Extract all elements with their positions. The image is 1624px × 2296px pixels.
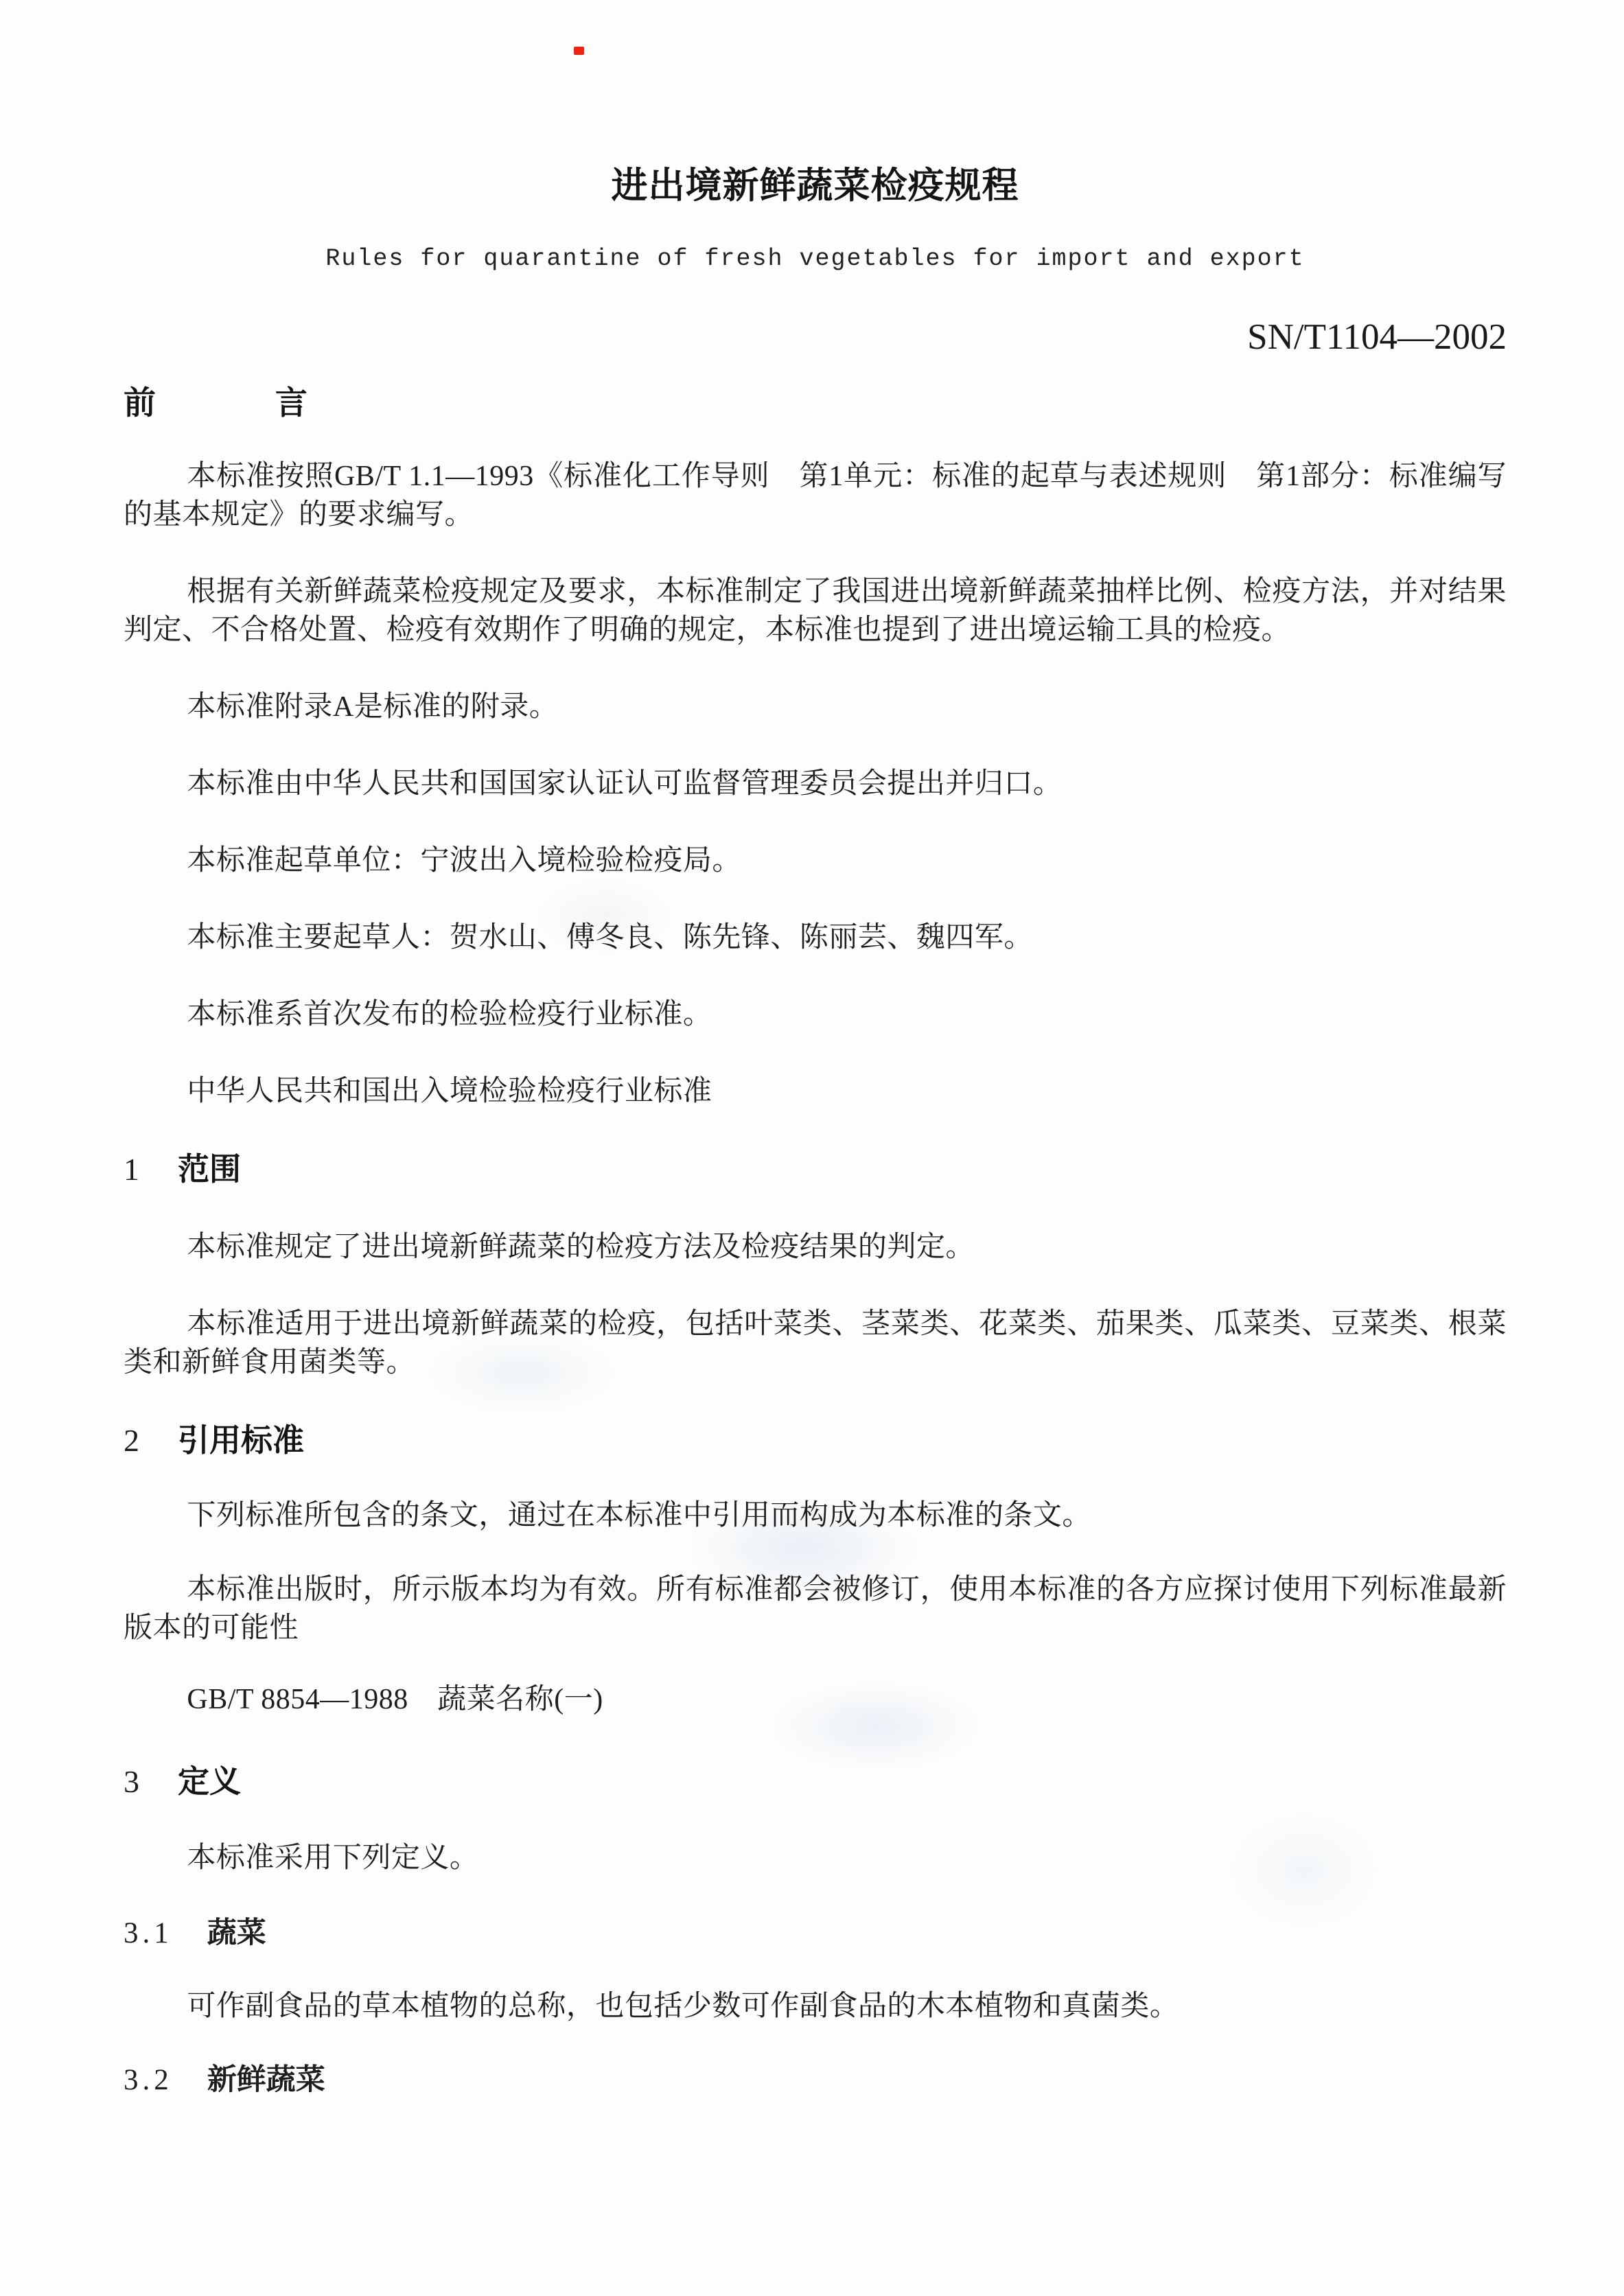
clause-number: 3.1 bbox=[124, 1914, 173, 1953]
document-content: 进出境新鲜蔬菜检疫规程 Rules for quarantine of fres… bbox=[124, 0, 1507, 2100]
section-number: 1 bbox=[124, 1150, 139, 1190]
foreword-paragraph: 本标准起草单位：宁波出入境检验检疫局。 bbox=[124, 842, 1507, 880]
clause-term: 新鲜蔬菜 bbox=[207, 2061, 325, 2100]
body-paragraph: 本标准规定了进出境新鲜蔬菜的检疫方法及检疫结果的判定。 bbox=[124, 1228, 1507, 1266]
clause-term: 蔬菜 bbox=[207, 1914, 266, 1953]
section-heading-definitions: 3 定义 bbox=[124, 1761, 1507, 1802]
foreword-paragraph: 根据有关新鲜蔬菜检疫规定及要求，本标准制定了我国进出境新鲜蔬菜抽样比例、检疫方法… bbox=[124, 572, 1507, 649]
document-page: 进出境新鲜蔬菜检疫规程 Rules for quarantine of fres… bbox=[0, 0, 1624, 2296]
body-paragraph: 本标准适用于进出境新鲜蔬菜的检疫，包括叶菜类、茎菜类、花菜类、茄果类、瓜菜类、豆… bbox=[124, 1305, 1507, 1382]
document-title: 进出境新鲜蔬菜检疫规程 bbox=[124, 165, 1507, 207]
body-paragraph: 本标准采用下列定义。 bbox=[124, 1839, 1507, 1877]
standard-number: SN/T1104—2002 bbox=[124, 316, 1507, 358]
section-heading-references: 2 引用标准 bbox=[124, 1420, 1507, 1461]
section-title: 引用标准 bbox=[178, 1420, 304, 1460]
clause-definition: 可作副食品的草本植物的总称，也包括少数可作副食品的木本植物和真菌类。 bbox=[124, 1987, 1507, 2026]
clause-number: 3.2 bbox=[124, 2061, 173, 2100]
body-paragraph: 本标准出版时，所示版本均为有效。所有标准都会被修订，使用本标准的各方应探讨使用下… bbox=[124, 1570, 1507, 1647]
standard-banner-line: 中华人民共和国出入境检验检疫行业标准 bbox=[124, 1072, 1507, 1111]
foreword-paragraph: 本标准附录A是标准的附录。 bbox=[124, 688, 1507, 726]
document-subtitle-en: Rules for quarantine of fresh vegetables… bbox=[124, 243, 1507, 275]
section-heading-scope: 1 范围 bbox=[124, 1149, 1507, 1190]
section-number: 3 bbox=[124, 1762, 139, 1802]
foreword-paragraph: 本标准主要起草人：贺水山、傅冬良、陈先锋、陈丽芸、魏四军。 bbox=[124, 918, 1507, 957]
body-paragraph: 下列标准所包含的条文，通过在本标准中引用而构成为本标准的条文。 bbox=[124, 1496, 1507, 1535]
foreword-heading: 前言 bbox=[124, 383, 1507, 423]
section-title: 定义 bbox=[178, 1761, 241, 1801]
foreword-paragraph: 本标准按照GB/T 1.1—1993《标准化工作导则 第1单元：标准的起草与表述… bbox=[124, 457, 1507, 534]
clause-heading-vegetables: 3.1 蔬菜 bbox=[124, 1914, 1507, 1953]
foreword-paragraph: 本标准系首次发布的检验检疫行业标准。 bbox=[124, 995, 1507, 1034]
foreword-paragraph: 本标准由中华人民共和国国家认证认可监督管理委员会提出并归口。 bbox=[124, 765, 1507, 803]
foreword-heading-text: 前言 bbox=[124, 384, 427, 421]
reference-entry: GB/T 8854—1988 蔬菜名称(一) bbox=[124, 1680, 1507, 1719]
section-number: 2 bbox=[124, 1421, 139, 1461]
clause-heading-fresh-vegetables: 3.2 新鲜蔬菜 bbox=[124, 2061, 1507, 2100]
section-title: 范围 bbox=[178, 1149, 241, 1189]
